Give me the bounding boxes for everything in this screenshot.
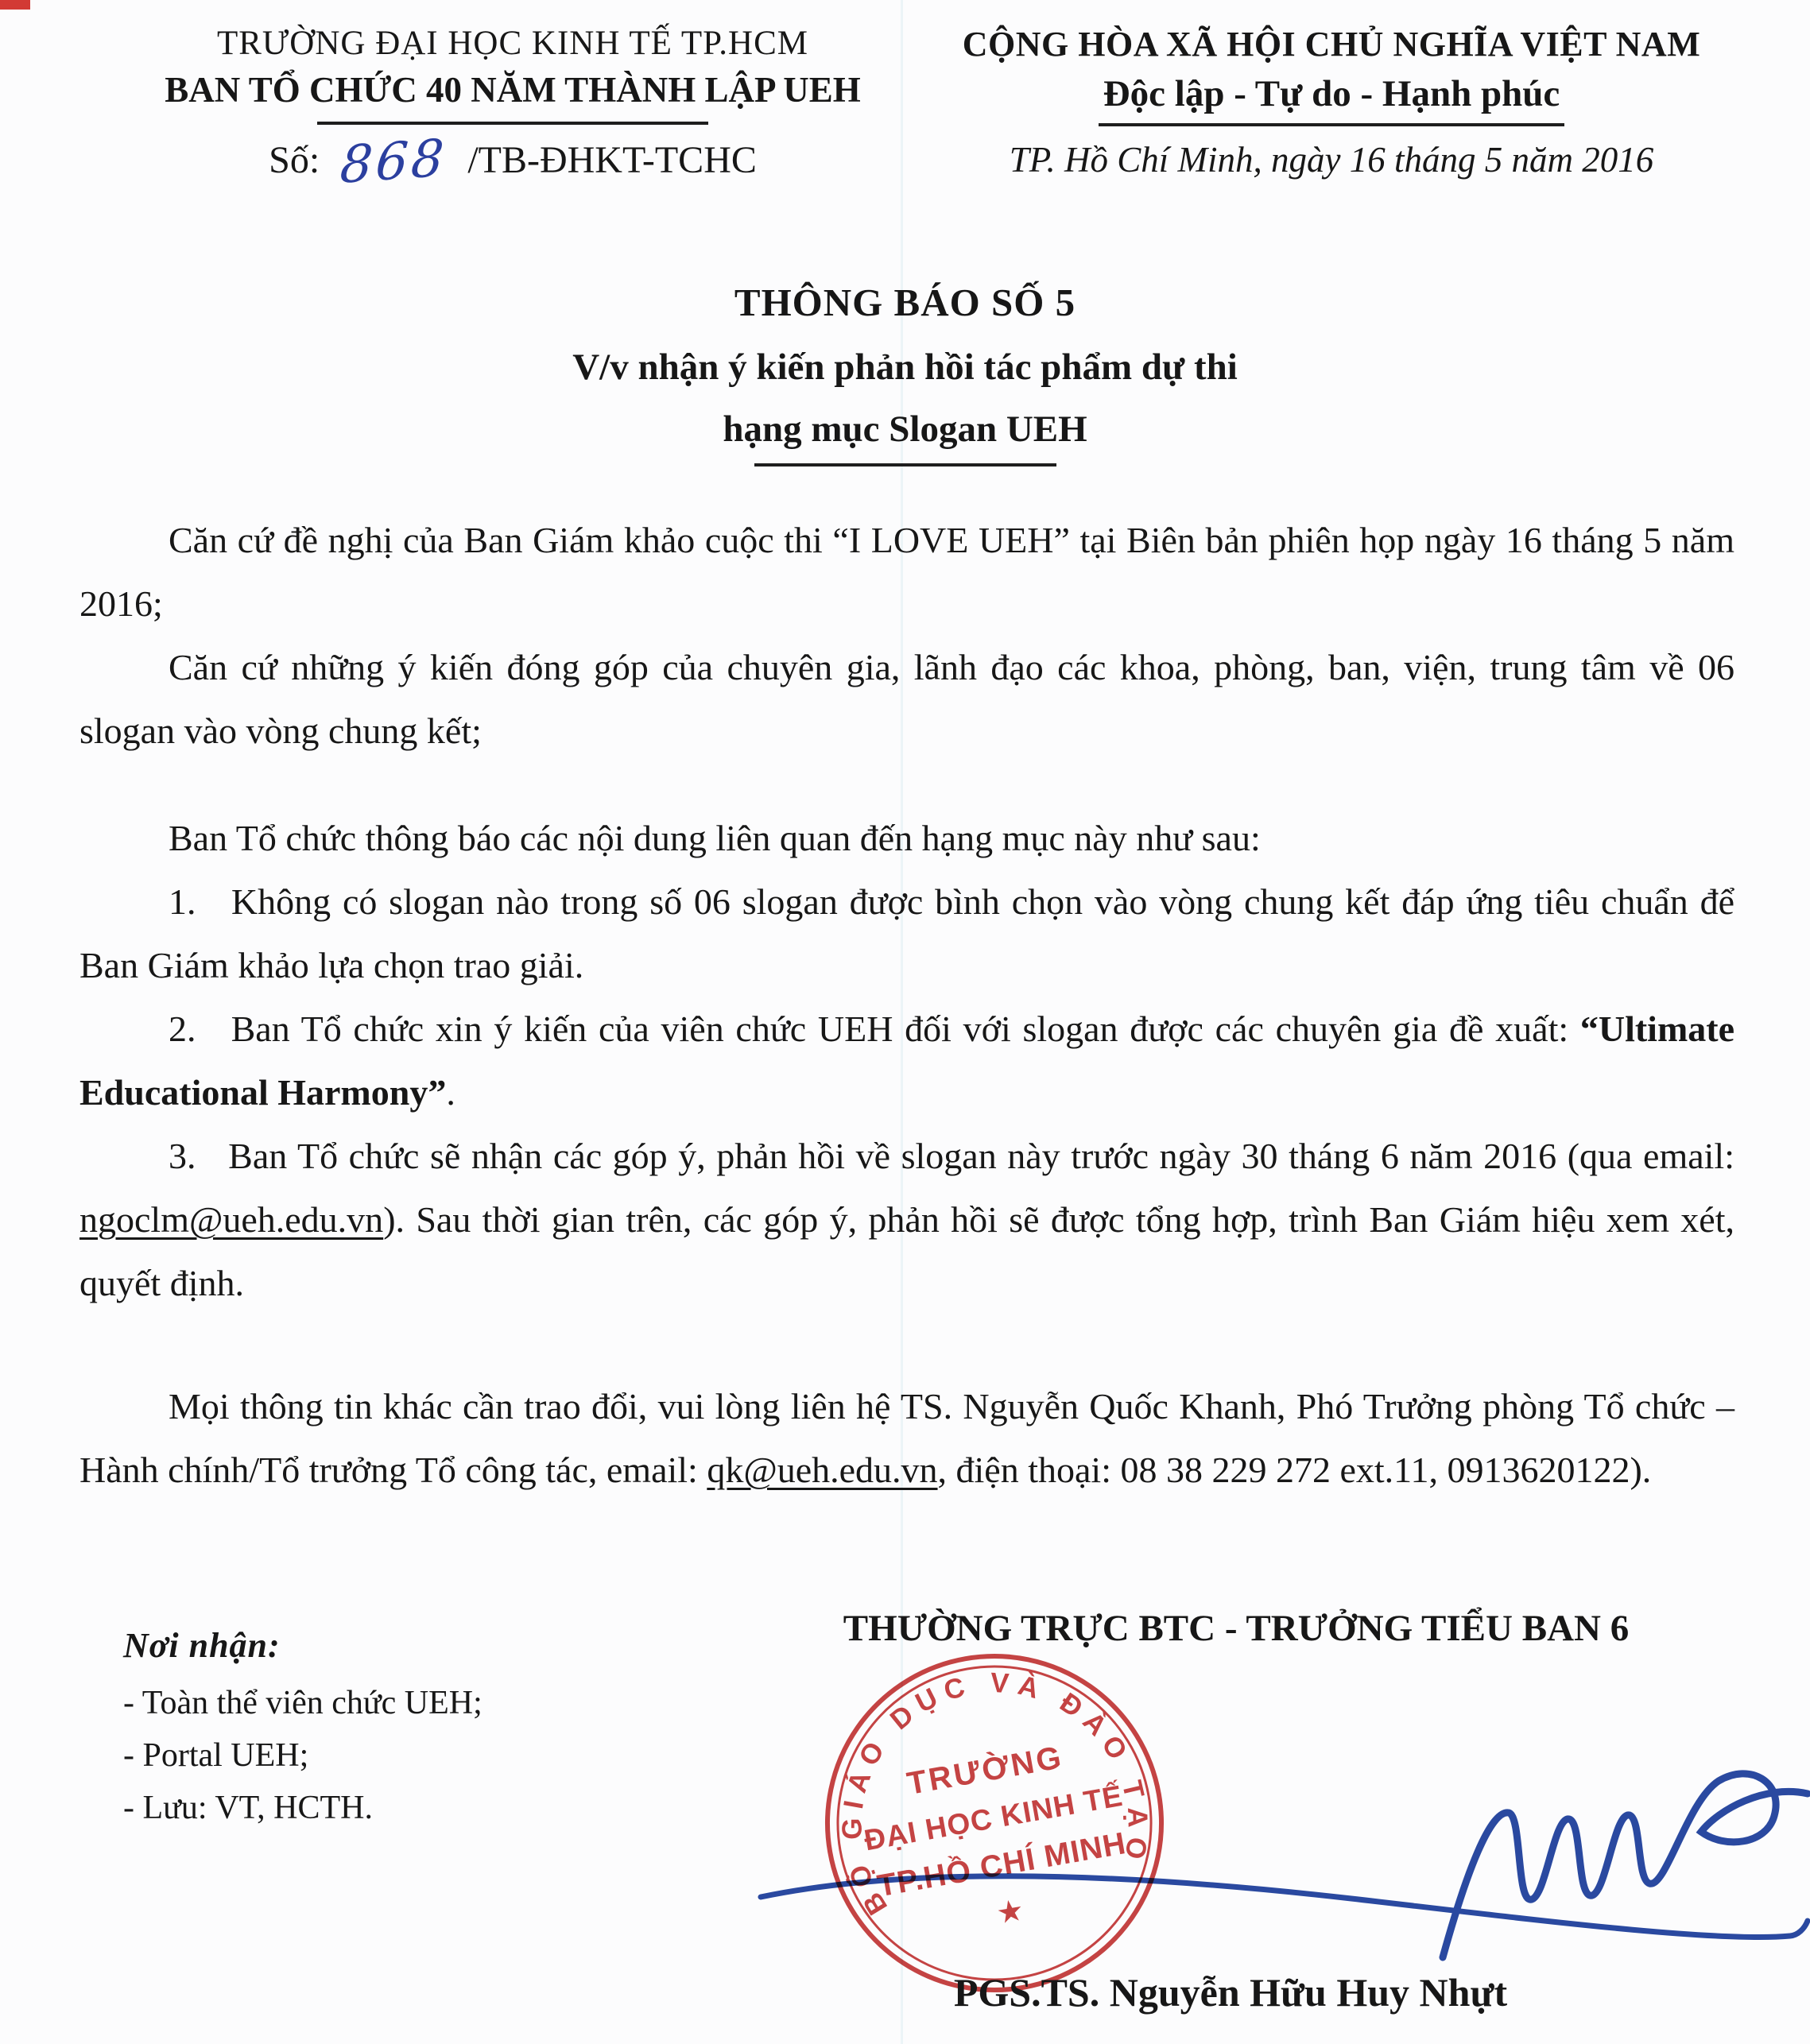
document-body: Căn cứ đề nghị của Ban Giám khảo cuộc th… [79,509,1734,1502]
scan-artifact-corner [0,0,30,10]
recipients-list: - Toàn thể viên chức UEH; - Portal UEH; … [123,1677,483,1834]
signature [715,1752,1810,1975]
list-item-3-text: 3. Ban Tổ chức sẽ nhận các góp ý, phản h… [169,1136,1734,1176]
document-number-suffix: /TB-ĐHKT-TCHC [467,139,757,181]
national-title: CỘNG HÒA XÃ HỘI CHỦ NGHĨA VIỆT NAM [906,24,1757,64]
paragraph-basis-2: Căn cứ những ý kiến đóng góp của chuyên … [79,636,1734,763]
handwritten-number: 868 [339,129,449,195]
document-number-line: Số: 868 /TB-ĐHKT-TCHC [119,133,906,192]
org-header: TRƯỜNG ĐẠI HỌC KINH TẾ TP.HCM BAN TỔ CHỨ… [119,24,906,192]
recipient-item: - Lưu: VT, HCTH. [123,1782,483,1834]
org-name: TRƯỜNG ĐẠI HỌC KINH TẾ TP.HCM [119,24,906,63]
paragraph-contact: Mọi thông tin khác cần trao đổi, vui lòn… [79,1375,1734,1502]
recipient-item: - Toàn thể viên chức UEH; [123,1677,483,1729]
paragraph-intro: Ban Tổ chức thông báo các nội dung liên … [79,807,1734,870]
title-divider [754,463,1056,466]
document-title: THÔNG BÁO SỐ 5 V/v nhận ý kiến phản hồi … [0,280,1810,466]
recipients-heading: Nơi nhận: [123,1625,483,1666]
list-item-2-text: 2. Ban Tổ chức xin ý kiến của viên chức … [169,1008,1580,1049]
paragraph-basis-1: Căn cứ đề nghị của Ban Giám khảo cuộc th… [79,509,1734,636]
title-subject: V/v nhận ý kiến phản hồi tác phẩm dự thi [0,346,1810,389]
recipients-block: Nơi nhận: - Toàn thể viên chức UEH; - Po… [123,1625,483,1834]
signer-name: PGS.TS. Nguyễn Hữu Huy Nhựt [865,1969,1596,2015]
place-date-line: TP. Hồ Chí Minh, ngày 16 tháng 5 năm 201… [906,139,1757,180]
feedback-email-link[interactable]: ngoclm@ueh.edu.vn [79,1199,383,1240]
contact-text-end: , điện thoại: 08 38 229 272 ext.11, 0913… [938,1450,1652,1490]
national-header: CỘNG HÒA XÃ HỘI CHỦ NGHĨA VIỆT NAM Độc l… [906,24,1757,180]
recipient-item: - Portal UEH; [123,1729,483,1782]
list-item-1: 1. Không có slogan nào trong số 06 sloga… [79,870,1734,997]
list-item-2: 2. Ban Tổ chức xin ý kiến của viên chức … [79,997,1734,1125]
national-motto: Độc lập - Tự do - Hạnh phúc [1099,72,1565,126]
org-divider [317,122,708,125]
title-main: THÔNG BÁO SỐ 5 [0,280,1810,325]
list-item-2-end: . [446,1072,455,1113]
contact-email-link[interactable]: qk@ueh.edu.vn [707,1450,937,1490]
org-committee: BAN TỔ CHỨC 40 NĂM THÀNH LẬP UEH [119,69,906,110]
title-category: hạng mục Slogan UEH [0,408,1810,451]
list-item-3: 3. Ban Tổ chức sẽ nhận các góp ý, phản h… [79,1125,1734,1315]
document-page: TRƯỜNG ĐẠI HỌC KINH TẾ TP.HCM BAN TỔ CHỨ… [0,0,1810,2044]
document-number-label: Số: [269,139,320,181]
